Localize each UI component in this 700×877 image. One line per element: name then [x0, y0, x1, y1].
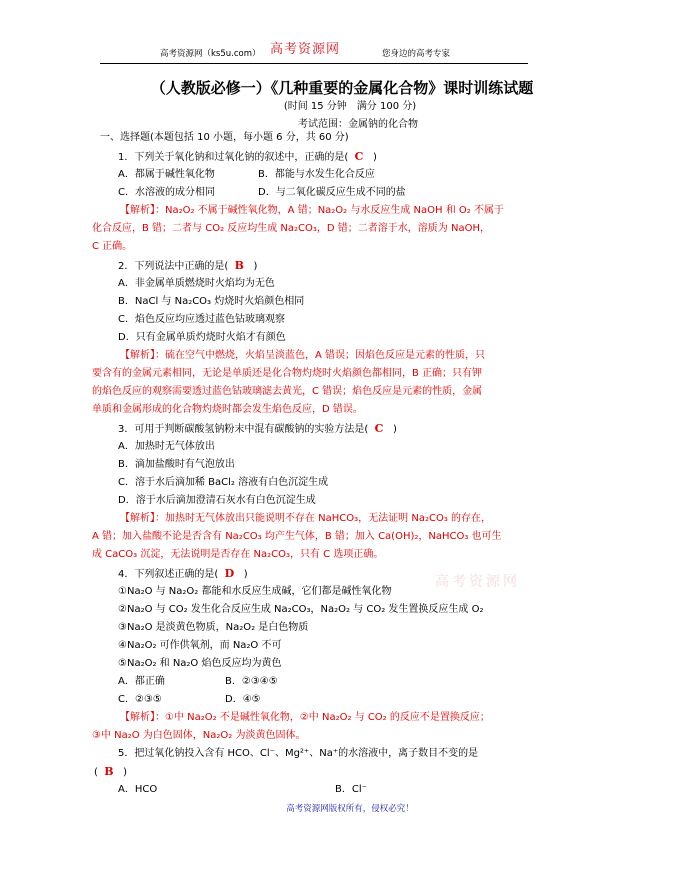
question-2-option-a: A．非金属单质燃烧时火焰均为无色 [118, 277, 275, 291]
question-3-explanation-line: 成 CaCO₃ 沉淀，无法说明是否存在 Na₂CO₃，只有 C 选项正确。 [92, 548, 383, 562]
question-4-option-a: A．都正确 [118, 675, 165, 689]
question-2-explanation-line: 要含有的金属元素相同，无论是单质还是化合物灼烧时火焰颜色都相同，B 正确；只有钾 [92, 367, 482, 381]
header-slogan: 您身边的高考专家 [382, 47, 450, 59]
answer-badge: C [355, 150, 364, 163]
question-5-option-a: A．HCO [118, 783, 157, 797]
question-2-option-c: C．焰色反应均应透过蓝色钴玻璃观察 [118, 313, 285, 327]
question-2-explanation-line: 的焰色反应的观察需要透过蓝色钴玻璃滤去黄光，C 错误；焰色反应是元素的性质，金属 [92, 385, 482, 399]
question-1-stem: 1．下列关于氧化钠和过氧化钠的叙述中，正确的是( C ) [118, 150, 377, 165]
page-header: 高考资源网（ks5u.com） 高考资源网 您身边的高考专家 [100, 38, 600, 62]
answer-badge: B [235, 259, 244, 272]
question-3-stem: 3．可用于判断碳酸氢钠粉末中混有碳酸钠的实验方法是( C ) [118, 422, 397, 437]
question-1-explanation-line: C 正确。 [92, 240, 132, 254]
question-1-option-b: B．都能与水发生化合反应 [258, 168, 375, 182]
question-2-explanation-line: 【解析】：硫在空气中燃烧，火焰呈淡蓝色，A 错误；因焰色反应是元素的性质，只 [120, 349, 485, 363]
question-5-answer-line: ( B ) [94, 765, 127, 780]
question-3-option-b: B．滴加盐酸时有气泡放出 [118, 458, 235, 472]
question-3-explanation-line: 【解析】：加热时无气体放出只能说明不存在 NaHCO₃，无法证明 Na₂CO₃ … [120, 512, 491, 526]
question-2-option-d: D．只有金属单质灼烧时火焰才有颜色 [118, 331, 286, 345]
document-page: 高考资源网（ks5u.com） 高考资源网 您身边的高考专家 （人教版必修一）《… [0, 0, 700, 877]
question-5-stem: 5．把过氧化钠投入含有 HCO、Cl⁻、Mg²⁺、Na⁺的水溶液中，离子数目不变… [118, 747, 478, 761]
question-4-option-b: B．②③④⑤ [225, 675, 278, 689]
question-4-statement: ①Na₂O 与 Na₂O₂ 都能和水反应生成碱，它们都是碱性氧化物 [118, 585, 392, 599]
question-3-option-a: A．加热时无气体放出 [118, 440, 215, 454]
question-4-stem: 4．下列叙述正确的是( D ) [118, 567, 248, 582]
page-title: （人教版必修一）《几种重要的金属化合物》课时训练试题 [0, 77, 700, 98]
answer-badge: C [375, 422, 384, 435]
question-1-option-c: C．水溶液的成分相同 [118, 186, 215, 200]
question-4-statement: ③Na₂O 是淡黄色物质，Na₂O₂ 是白色物质 [118, 621, 308, 635]
question-4-statement: ④Na₂O₂ 可作供氧剂，而 Na₂O 不可 [118, 639, 282, 653]
question-2-stem: 2．下列说法中正确的是( B ) [118, 259, 257, 274]
question-1-option-a: A．都属于碱性氧化物 [118, 168, 215, 182]
question-2-option-b: B．NaCl 与 Na₂CO₃ 灼烧时火焰颜色相同 [118, 295, 304, 309]
question-4-statement: ⑤Na₂O₂ 和 Na₂O 焰色反应均为黄色 [118, 657, 282, 671]
time-and-score: (时间 15 分钟 满分 100 分) [0, 97, 700, 112]
header-logo: 高考资源网 [270, 38, 340, 57]
question-3-option-d: D．溶于水后滴加澄清石灰水有白色沉淀生成 [118, 494, 316, 508]
question-1-explanation-line: 【解析】：Na₂O₂ 不属于碱性氧化物，A 错；Na₂O₂ 与水反应生成 NaO… [120, 204, 504, 218]
question-1-option-d: D．与二氧化碳反应生成不同的盐 [258, 186, 406, 200]
question-4-statement: ②Na₂O 与 CO₂ 发生化合反应生成 Na₂CO₃，Na₂O₂ 与 CO₂ … [118, 603, 483, 617]
question-4-option-d: D．④⑤ [225, 693, 261, 707]
question-4-option-c: C．②③⑤ [118, 693, 162, 707]
header-site-name: 高考资源网（ks5u.com） [160, 47, 261, 59]
question-2-explanation-line: 单质和金属形成的化合物灼烧时都会发生焰色反应，D 错误。 [92, 403, 363, 417]
exam-scope: 考试范围：金属钠的化合物 [8, 115, 700, 130]
header-divider [100, 63, 528, 64]
question-1-explanation-line: 化合反应，B 错；二者与 CO₂ 反应均生成 Na₂CO₃，D 错；二者溶于水，… [92, 222, 490, 236]
watermark-logo: 高考资源网 [435, 571, 520, 591]
question-5-option-b: B．Cl⁻ [335, 783, 367, 797]
answer-badge: D [225, 567, 235, 580]
section-heading: 一、选择题(本题包括 10 小题，每小题 6 分，共 60 分) [100, 131, 349, 145]
question-4-explanation-line: 【解析】：①中 Na₂O₂ 不是碱性氧化物，②中 Na₂O₂ 与 CO₂ 的反应… [120, 711, 490, 725]
answer-badge: B [104, 765, 113, 778]
question-4-explanation-line: ③中 Na₂O 为白色固体，Na₂O₂ 为淡黄色固体。 [92, 729, 306, 743]
question-3-explanation-line: A 错；加入盐酸不论是否含有 Na₂CO₃ 均产生气体，B 错；加入 Ca(OH… [92, 530, 502, 544]
page-footer: 高考资源网版权所有，侵权必究！ [0, 802, 700, 814]
question-3-option-c: C．溶于水后滴加稀 BaCl₂ 溶液有白色沉淀生成 [118, 476, 328, 490]
